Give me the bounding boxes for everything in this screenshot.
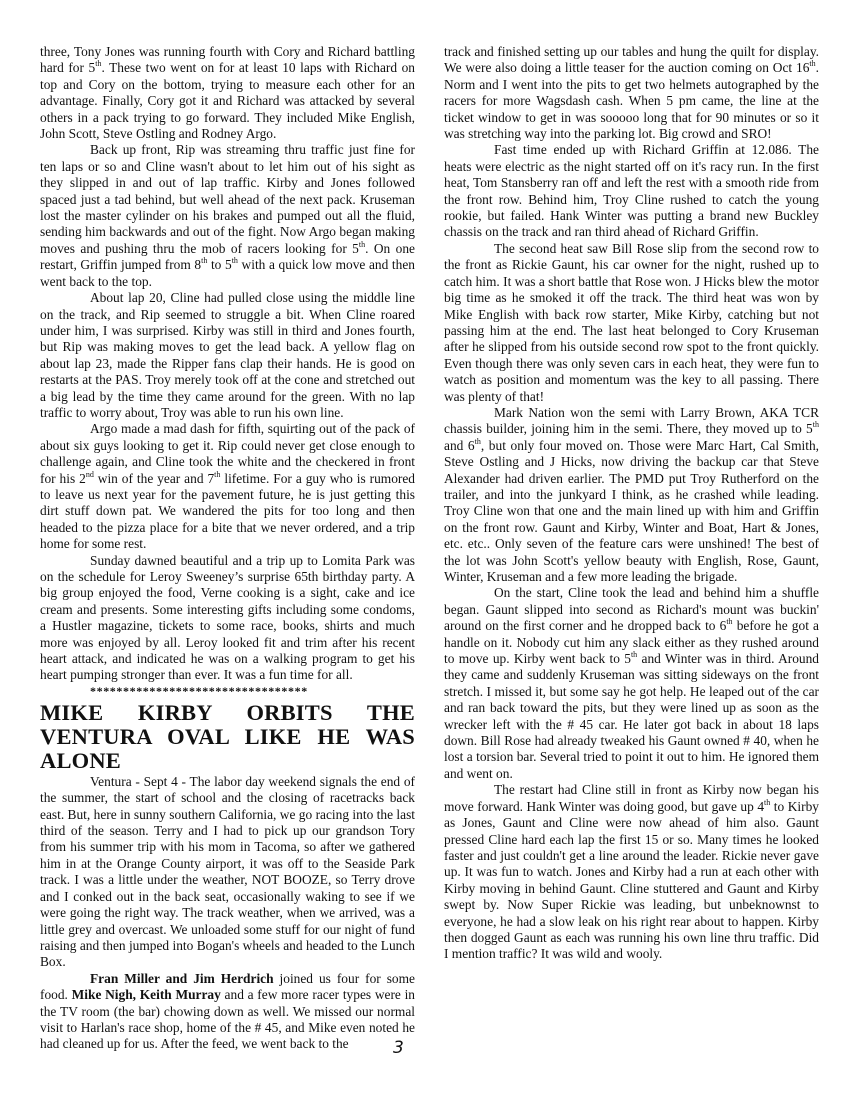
article-headline: MIKE KIRBY ORBITS THE VENTURA OVAL LIKE … (40, 701, 415, 773)
paragraph: On the start, Cline took the lead and be… (444, 585, 819, 782)
paragraph: Mark Nation won the semi with Larry Brow… (444, 405, 819, 585)
page-number: 3 (393, 1038, 404, 1058)
superscript: th (813, 420, 819, 429)
paragraph: three, Tony Jones was running fourth wit… (40, 44, 415, 142)
paragraph: Fran Miller and Jim Herdrich joined us f… (40, 971, 415, 1053)
text: to Kirby as Jones, Gaunt and Cline were … (444, 799, 819, 962)
paragraph: track and finished setting up our tables… (444, 44, 819, 142)
text: Mark Nation won the semi with Larry Brow… (444, 405, 819, 436)
text: . These two went on for at least 10 laps… (40, 60, 415, 141)
text: and Winter was in third. Around they cam… (444, 651, 819, 781)
text: The restart had Cline still in front as … (444, 782, 819, 813)
text: track and finished setting up our tables… (444, 44, 819, 75)
superscript: nd (86, 470, 94, 479)
paragraph: Fast time ended up with Richard Griffin … (444, 142, 819, 240)
paragraph: About lap 20, Cline had pulled close usi… (40, 290, 415, 421)
section-separator: ********************************* (40, 684, 415, 699)
paragraph: Sunday dawned beautiful and a trip up to… (40, 553, 415, 684)
text: to 5 (207, 257, 231, 272)
paragraph: Back up front, Rip was streaming thru tr… (40, 142, 415, 290)
bold-names: Fran Miller and Jim Herdrich (90, 971, 274, 986)
bold-names: Mike Nigh, Keith Murray (72, 987, 221, 1002)
text: , but only four moved on. Those were Mar… (444, 438, 819, 584)
paragraph: The second heat saw Bill Rose slip from … (444, 241, 819, 405)
text: Back up front, Rip was streaming thru tr… (40, 142, 415, 255)
left-column: three, Tony Jones was running fourth wit… (40, 44, 415, 1053)
text: and 6 (444, 438, 475, 453)
paragraph: The restart had Cline still in front as … (444, 782, 819, 962)
text: win of the year and 7 (94, 471, 214, 486)
right-column: track and finished setting up our tables… (444, 44, 819, 963)
paragraph: Ventura - Sept 4 - The labor day weekend… (40, 774, 415, 971)
paragraph: Argo made a mad dash for fifth, squirtin… (40, 421, 415, 552)
